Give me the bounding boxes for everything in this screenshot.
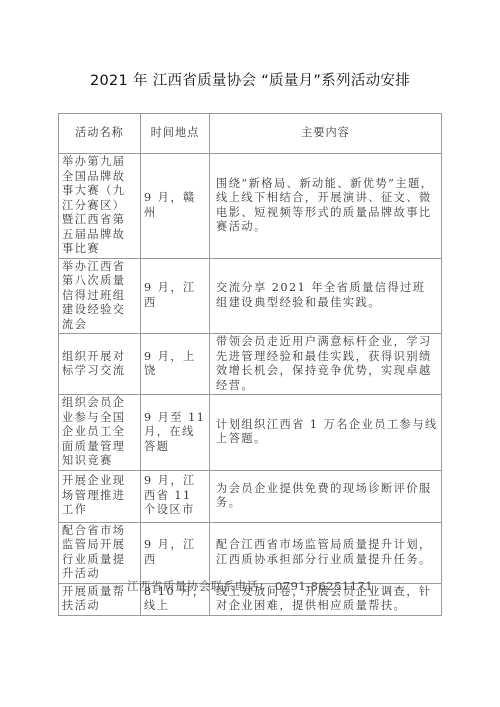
contact-phone-footer: 江西省质量协会联系电话： 0791-86251171 — [0, 578, 500, 594]
activity-name-cell: 组织开展对标学习交流 — [59, 334, 141, 395]
table-row: 组织会员企业参与全国企业员工全面质量管理知识竞赛 9 月至 11 月，在线答题 … — [59, 395, 442, 471]
table-row: 配合省市场监管局开展行业质量提升活动 9 月，江西 配合江西省市场监管局质量提升… — [59, 522, 442, 583]
activity-name-cell: 举办江西省第八次质量信得过班组建设经验交流会 — [59, 258, 141, 334]
activity-name-cell: 举办第九届全国品牌故事大赛（九江分赛区）暨江西省第五届品牌故事比赛 — [59, 154, 141, 259]
main-content-cell: 交流分享 2021 年全省质量信得过班组建设典型经验和最佳实践。 — [210, 258, 442, 334]
time-place-cell: 9 月至 11 月，在线答题 — [141, 395, 210, 471]
main-content-cell: 围绕“新格局、新动能、新优势”主题，线上线下相结合，开展演讲、征文、微电影、短视… — [210, 154, 442, 259]
activity-name-cell: 开展企业现场管理推进工作 — [59, 470, 141, 522]
header-time-place: 时间地点 — [141, 114, 210, 154]
main-content-cell: 为会员企业提供免费的现场诊断评价服务。 — [210, 470, 442, 522]
time-place-cell: 9 月，江西 — [141, 258, 210, 334]
time-place-cell: 9 月，江西 — [141, 522, 210, 583]
activity-schedule-table: 活动名称 时间地点 主要内容 举办第九届全国品牌故事大赛（九江分赛区）暨江西省第… — [58, 113, 442, 616]
activity-name-cell: 配合省市场监管局开展行业质量提升活动 — [59, 522, 141, 583]
activity-name-cell: 组织会员企业参与全国企业员工全面质量管理知识竞赛 — [59, 395, 141, 471]
time-place-cell: 9 月，江西省 11 个设区市 — [141, 470, 210, 522]
table-row: 组织开展对标学习交流 9 月，上饶 带领会员走近用户满意标杆企业，学习先进管理经… — [59, 334, 442, 395]
table-row: 开展企业现场管理推进工作 9 月，江西省 11 个设区市 为会员企业提供免费的现… — [59, 470, 442, 522]
table-header-row: 活动名称 时间地点 主要内容 — [59, 114, 442, 154]
main-content-cell: 计划组织江西省 1 万名企业员工参与线上答题。 — [210, 395, 442, 471]
table-row: 举办江西省第八次质量信得过班组建设经验交流会 9 月，江西 交流分享 2021 … — [59, 258, 442, 334]
time-place-cell: 9 月，上饶 — [141, 334, 210, 395]
header-activity-name: 活动名称 — [59, 114, 141, 154]
main-content-cell: 配合江西省市场监管局质量提升计划，江西质协承担部分行业质量提升任务。 — [210, 522, 442, 583]
time-place-cell: 9 月，赣州 — [141, 154, 210, 259]
main-content-cell: 带领会员走近用户满意标杆企业，学习先进管理经验和最佳实践，获得识别绩效增长机会，… — [210, 334, 442, 395]
table-row: 举办第九届全国品牌故事大赛（九江分赛区）暨江西省第五届品牌故事比赛 9 月，赣州… — [59, 154, 442, 259]
document-title: 2021 年 江西省质量协会 “质量月”系列活动安排 — [0, 69, 500, 90]
header-main-content: 主要内容 — [210, 114, 442, 154]
